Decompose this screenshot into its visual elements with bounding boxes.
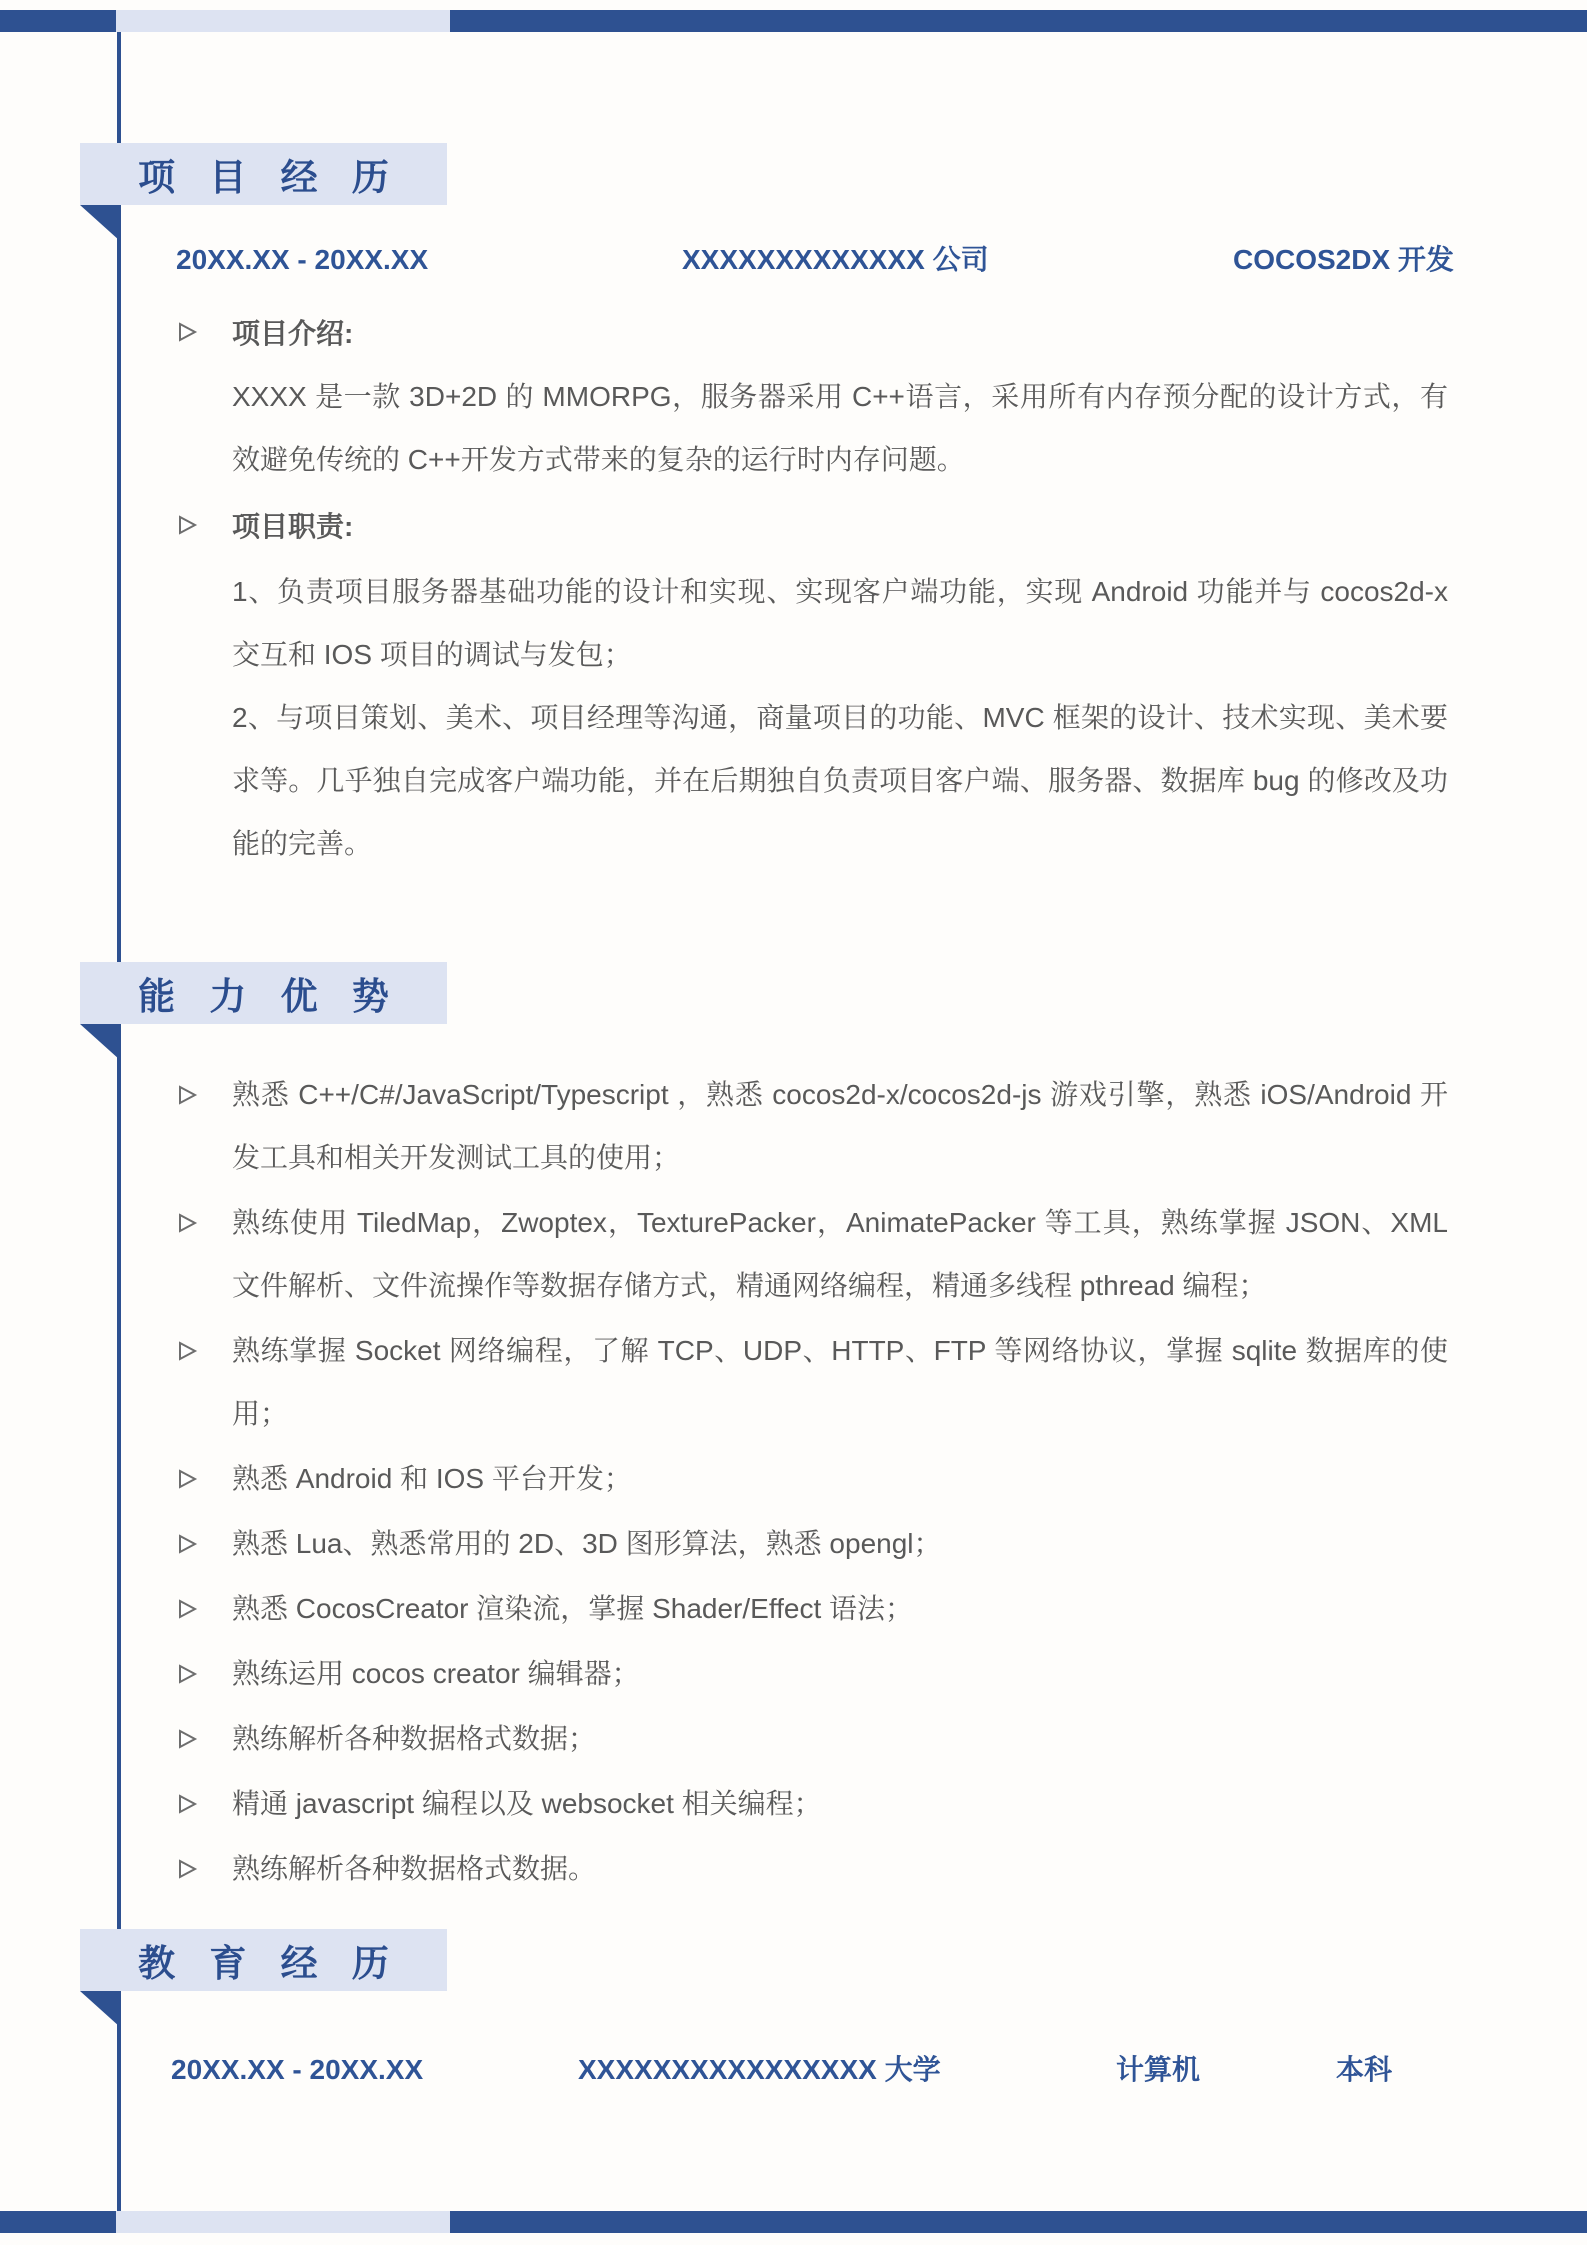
project-duty-item: 1、负责项目服务器基础功能的设计和实现、实现客户端功能，实现 Android 功… bbox=[232, 560, 1448, 686]
arrow-bullet-icon bbox=[176, 1642, 232, 1705]
project-intro-label-row: 项目介绍: bbox=[176, 310, 353, 354]
fold-triangle-icon bbox=[80, 1991, 120, 2027]
project-duties: 1、负责项目服务器基础功能的设计和实现、实现客户端功能，实现 Android 功… bbox=[232, 560, 1448, 875]
section-title-education: 教 育 经 历 bbox=[126, 1933, 401, 1987]
project-company: XXXXXXXXXXXXX 公司 bbox=[682, 238, 989, 282]
section-header-skills: 能 力 优 势 bbox=[80, 962, 447, 1024]
bottom-bar-segment-right bbox=[450, 2211, 1587, 2233]
top-bar-segment-light bbox=[116, 10, 450, 32]
left-vertical-line bbox=[117, 32, 121, 2211]
skill-text: 熟练解析各种数据格式数据。 bbox=[232, 1837, 1448, 1900]
education-degree: 本科 bbox=[1336, 2048, 1392, 2092]
arrow-bullet-icon bbox=[176, 1191, 232, 1254]
skill-item: 熟练运用 cocos creator 编辑器； bbox=[176, 1642, 1448, 1705]
fold-triangle-icon bbox=[80, 1024, 120, 1060]
project-intro-label: 项目介绍: bbox=[232, 312, 353, 352]
arrow-bullet-icon bbox=[176, 1707, 232, 1770]
project-duty-label-row: 项目职责: bbox=[176, 503, 353, 547]
section-header-education: 教 育 经 历 bbox=[80, 1929, 447, 1991]
top-bar-segment-left bbox=[0, 10, 116, 32]
skill-item: 精通 javascript 编程以及 websocket 相关编程； bbox=[176, 1772, 1448, 1835]
section-title-skills: 能 力 优 势 bbox=[126, 966, 401, 1020]
resume-page: 项 目 经 历 20XX.XX - 20XX.XX XXXXXXXXXXXXX … bbox=[0, 0, 1587, 2245]
section-header-project: 项 目 经 历 bbox=[80, 143, 447, 205]
skill-item: 熟练掌握 Socket 网络编程，了解 TCP、UDP、HTTP、FTP 等网络… bbox=[176, 1319, 1448, 1445]
bottom-decoration-bar bbox=[0, 2211, 1587, 2233]
project-period: 20XX.XX - 20XX.XX bbox=[176, 238, 428, 282]
skill-item: 熟练使用 TiledMap，Zwoptex，TexturePacker，Anim… bbox=[176, 1191, 1448, 1317]
section-title-project: 项 目 经 历 bbox=[126, 147, 401, 201]
arrow-bullet-icon bbox=[176, 321, 232, 343]
arrow-bullet-icon bbox=[176, 1319, 232, 1382]
skill-item: 熟练解析各种数据格式数据。 bbox=[176, 1837, 1448, 1900]
bottom-bar-segment-left bbox=[0, 2211, 116, 2233]
arrow-bullet-icon bbox=[176, 1577, 232, 1640]
bottom-bar-segment-light bbox=[116, 2211, 450, 2233]
project-duty-item: 2、与项目策划、美术、项目经理等沟通，商量项目的功能、MVC 框架的设计、技术实… bbox=[232, 686, 1448, 875]
project-meta-row: 20XX.XX - 20XX.XX XXXXXXXXXXXXX 公司 COCOS… bbox=[0, 238, 1587, 282]
skill-item: 熟悉 Android 和 IOS 平台开发； bbox=[176, 1447, 1448, 1510]
education-school: XXXXXXXXXXXXXXXX 大学 bbox=[578, 2048, 941, 2092]
skills-list: 熟悉 C++/C#/JavaScript/Typescript ，熟悉 coco… bbox=[176, 1063, 1448, 1902]
skill-item: 熟练解析各种数据格式数据； bbox=[176, 1707, 1448, 1770]
arrow-bullet-icon bbox=[176, 1447, 232, 1510]
top-decoration-bar bbox=[0, 10, 1587, 32]
education-major: 计算机 bbox=[1116, 2048, 1200, 2092]
skill-item: 熟悉 CocosCreator 渲染流，掌握 Shader/Effect 语法； bbox=[176, 1577, 1448, 1640]
education-period: 20XX.XX - 20XX.XX bbox=[171, 2048, 423, 2092]
arrow-bullet-icon bbox=[176, 1512, 232, 1575]
skill-item: 熟悉 Lua、熟悉常用的 2D、3D 图形算法，熟悉 opengl； bbox=[176, 1512, 1448, 1575]
arrow-bullet-icon bbox=[176, 1837, 232, 1900]
skill-text: 精通 javascript 编程以及 websocket 相关编程； bbox=[232, 1772, 1448, 1835]
skill-text: 熟练解析各种数据格式数据； bbox=[232, 1707, 1448, 1770]
project-role: COCOS2DX 开发 bbox=[1233, 238, 1454, 282]
fold-triangle-icon bbox=[80, 205, 120, 241]
skill-text: 熟悉 Lua、熟悉常用的 2D、3D 图形算法，熟悉 opengl； bbox=[232, 1512, 1448, 1575]
arrow-bullet-icon bbox=[176, 1063, 232, 1126]
skill-item: 熟悉 C++/C#/JavaScript/Typescript ，熟悉 coco… bbox=[176, 1063, 1448, 1189]
top-bar-segment-right bbox=[450, 10, 1587, 32]
arrow-bullet-icon bbox=[176, 514, 232, 536]
skill-text: 熟练运用 cocos creator 编辑器； bbox=[232, 1642, 1448, 1705]
skill-text: 熟练使用 TiledMap，Zwoptex，TexturePacker，Anim… bbox=[232, 1191, 1448, 1317]
skill-text: 熟悉 Android 和 IOS 平台开发； bbox=[232, 1447, 1448, 1510]
skill-text: 熟练掌握 Socket 网络编程，了解 TCP、UDP、HTTP、FTP 等网络… bbox=[232, 1319, 1448, 1445]
project-intro-text: XXXX 是一款 3D+2D 的 MMORPG，服务器采用 C++语言，采用所有… bbox=[232, 365, 1448, 491]
education-meta-row: 20XX.XX - 20XX.XX XXXXXXXXXXXXXXXX 大学 计算… bbox=[0, 2048, 1587, 2092]
skill-text: 熟悉 C++/C#/JavaScript/Typescript ，熟悉 coco… bbox=[232, 1063, 1448, 1189]
project-duty-label: 项目职责: bbox=[232, 505, 353, 545]
arrow-bullet-icon bbox=[176, 1772, 232, 1835]
skill-text: 熟悉 CocosCreator 渲染流，掌握 Shader/Effect 语法； bbox=[232, 1577, 1448, 1640]
